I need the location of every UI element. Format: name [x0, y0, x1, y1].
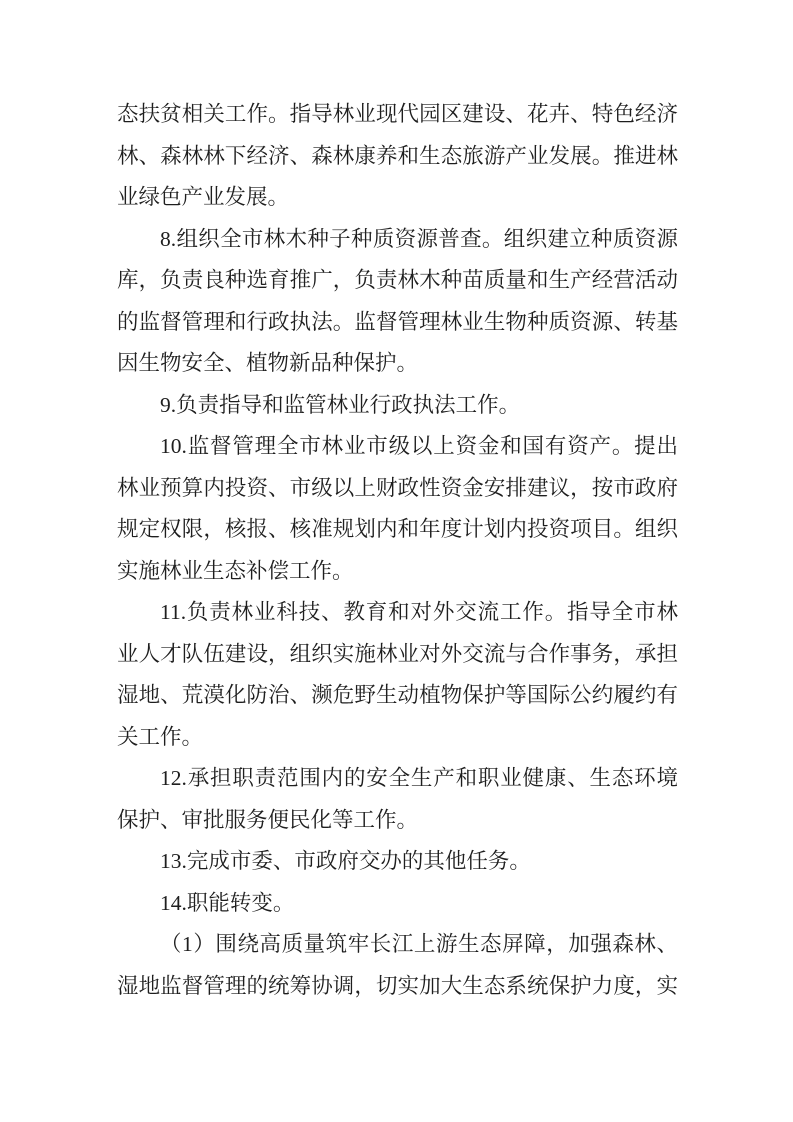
paragraph: 10.监督管理全市林业市级以上资金和国有资产。提出林业预算内投资、市级以上财政性… — [117, 426, 678, 592]
document-line: 林、森林林下经济、森林康养和生态旅游产业发展。推进林 — [117, 136, 678, 178]
document-line: 11.负责林业科技、教育和对外交流工作。指导全市林 — [117, 592, 678, 634]
document-line: 的监督管理和行政执法。监督管理林业生物种质资源、转基 — [117, 302, 678, 344]
paragraph: 9.负责指导和监管林业行政执法工作。 — [117, 385, 678, 427]
paragraph: （1）围绕高质量筑牢长江上游生态屏障，加强森林、湿地监督管理的统筹协调，切实加大… — [117, 924, 678, 1007]
document-line: 库，负责良种选育推广，负责林木种苗质量和生产经营活动 — [117, 260, 678, 302]
paragraph: 13.完成市委、市政府交办的其他任务。 — [117, 841, 678, 883]
paragraph: 态扶贫相关工作。指导林业现代园区建设、花卉、特色经济林、森林林下经济、森林康养和… — [117, 94, 678, 219]
document-line: 湿地、荒漠化防治、濒危野生动植物保护等国际公约履约有 — [117, 675, 678, 717]
document-line: 12.承担职责范围内的安全生产和职业健康、生态环境 — [117, 758, 678, 800]
document-line: 林业预算内投资、市级以上财政性资金安排建议，按市政府 — [117, 468, 678, 510]
document-body: 态扶贫相关工作。指导林业现代园区建设、花卉、特色经济林、森林林下经济、森林康养和… — [117, 94, 678, 1007]
document-line: 湿地监督管理的统筹协调，切实加大生态系统保护力度，实 — [117, 966, 678, 1008]
document-line: 14.职能转变。 — [117, 883, 678, 925]
document-line: 保护、审批服务便民化等工作。 — [117, 800, 678, 842]
document-line: 9.负责指导和监管林业行政执法工作。 — [117, 385, 678, 427]
paragraph: 14.职能转变。 — [117, 883, 678, 925]
paragraph: 11.负责林业科技、教育和对外交流工作。指导全市林业人才队伍建设，组织实施林业对… — [117, 592, 678, 758]
document-line: 态扶贫相关工作。指导林业现代园区建设、花卉、特色经济 — [117, 94, 678, 136]
document-line: 13.完成市委、市政府交办的其他任务。 — [117, 841, 678, 883]
document-line: 10.监督管理全市林业市级以上资金和国有资产。提出 — [117, 426, 678, 468]
document-line: 业人才队伍建设，组织实施林业对外交流与合作事务，承担 — [117, 634, 678, 676]
document-line: 业绿色产业发展。 — [117, 177, 678, 219]
paragraph: 12.承担职责范围内的安全生产和职业健康、生态环境保护、审批服务便民化等工作。 — [117, 758, 678, 841]
document-line: 实施林业生态补偿工作。 — [117, 551, 678, 593]
document-page: 态扶贫相关工作。指导林业现代园区建设、花卉、特色经济林、森林林下经济、森林康养和… — [0, 0, 793, 1122]
document-line: 规定权限，核报、核准规划内和年度计划内投资项目。组织 — [117, 509, 678, 551]
paragraph: 8.组织全市林木种子种质资源普查。组织建立种质资源库，负责良种选育推广，负责林木… — [117, 219, 678, 385]
document-line: 因生物安全、植物新品种保护。 — [117, 343, 678, 385]
document-line: 8.组织全市林木种子种质资源普查。组织建立种质资源 — [117, 219, 678, 261]
document-line: 关工作。 — [117, 717, 678, 759]
document-line: （1）围绕高质量筑牢长江上游生态屏障，加强森林、 — [117, 924, 678, 966]
